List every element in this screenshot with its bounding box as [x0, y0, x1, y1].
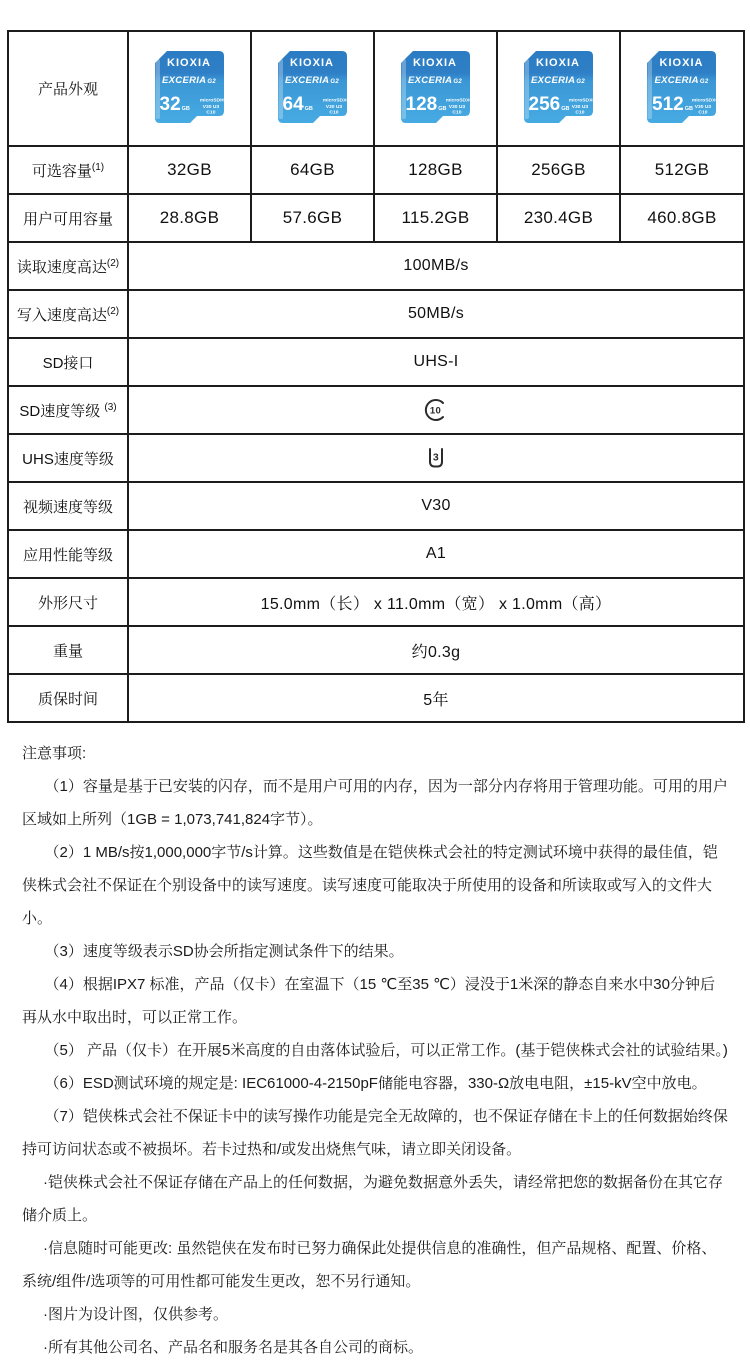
read-speed-value: 100MB/s: [128, 242, 744, 290]
row-label-sd-interface: SD接口: [8, 338, 128, 386]
usable-value: 230.4GB: [497, 194, 620, 242]
c10-icon: C10: [698, 110, 707, 115]
label-text: 读取速度高达: [17, 259, 107, 276]
footnote-ref: (3): [104, 402, 116, 413]
microsd-logo-icon: microSDXC: [568, 98, 595, 103]
sd-speed-class-value: 10: [128, 386, 744, 434]
card-capacity-label: 64GB: [283, 95, 313, 114]
row-label-app-performance-class: 应用性能等级: [8, 530, 128, 578]
row-label-read-speed: 读取速度高达(2): [8, 242, 128, 290]
series-text: EXCERIA: [655, 75, 699, 86]
label-text: 写入速度高达: [17, 307, 107, 324]
note-item-1: （1）容量是基于已安装的闪存，而不是用户可用的内存，因为一部分内存将用于管理功能…: [22, 770, 728, 836]
label-text: 可选容量: [32, 163, 92, 180]
product-card-image: KIOXIA EXCERIAG2 256GB microSDXC V30 U3 …: [520, 49, 598, 129]
row-label-appearance: 产品外观: [8, 31, 128, 146]
capacity-unit: GB: [305, 106, 313, 112]
row-capacity: 可选容量(1) 32GB 64GB 128GB 256GB 512GB: [8, 146, 744, 194]
v30-icon: V30: [202, 104, 211, 109]
usable-value: 28.8GB: [128, 194, 251, 242]
c10-icon: C10: [329, 110, 338, 115]
g2-label: G2: [330, 79, 339, 85]
capacity-value: 512GB: [620, 146, 744, 194]
weight-value: 约0.3g: [128, 626, 744, 674]
note-item-2: （2）1 MB/s按1,000,000字节/s计算。这些数值是在铠侠株式会社的特…: [22, 836, 728, 935]
c10-icon: C10: [206, 110, 215, 115]
card-capacity-label: 128GB: [406, 95, 447, 114]
card-cell-512gb: KIOXIA EXCERIAG2 512GB microSDXC V30 U3 …: [620, 31, 744, 146]
row-label-weight: 重量: [8, 626, 128, 674]
capacity-number: 256: [529, 94, 561, 115]
u3-icon: U3: [705, 104, 711, 109]
spec-table: 产品外观 KIOXIA EXCERIAG2 32GB microSDHC V30…: [7, 30, 745, 723]
product-card-image: KIOXIA EXCERIAG2 128GB microSDXC V30 U3 …: [397, 49, 475, 129]
card-speed-badges: microSDHC V30 U3 C10: [199, 98, 221, 116]
note-bullet-1: ·铠侠株式会社不保证存储在产品上的任何数据，为避免数据意外丢失，请经常把您的数据…: [22, 1166, 728, 1232]
note-bullet-2: ·信息随时可能更改: 虽然铠侠在发布时已努力确保此处提供信息的准确性，但产品规格…: [22, 1232, 728, 1298]
capacity-number: 32: [160, 94, 181, 115]
g2-label: G2: [700, 79, 709, 85]
u3-icon: 3: [423, 445, 449, 471]
class10-icon: 10: [423, 397, 449, 423]
note-item-4: （4）根据IPX7 标准，产品（仅卡）在室温下（15 ℃至35 ℃）浸没于1米深…: [22, 968, 728, 1034]
g2-label: G2: [576, 79, 585, 85]
series-text: EXCERIA: [162, 75, 206, 86]
exceria-series-label: EXCERIAG2: [647, 75, 716, 86]
row-warranty: 质保时间 5年: [8, 674, 744, 722]
u3-icon: U3: [335, 104, 341, 109]
capacity-number: 128: [406, 94, 438, 115]
row-label-dimensions: 外形尺寸: [8, 578, 128, 626]
row-label-write-speed: 写入速度高达(2): [8, 290, 128, 338]
row-label-usable-capacity: 用户可用容量: [8, 194, 128, 242]
g2-label: G2: [453, 79, 462, 85]
u3-icon: U3: [212, 104, 218, 109]
microsd-logo-icon: microSDXC: [445, 98, 472, 103]
usable-value: 460.8GB: [620, 194, 744, 242]
capacity-number: 64: [283, 94, 304, 115]
note-item-3: （3）速度等级表示SD协会所指定测试条件下的结果。: [22, 935, 728, 968]
row-video-speed-class: 视频速度等级 V30: [8, 482, 744, 530]
note-bullet-3: ·图片为设计图，仅供参考。: [22, 1298, 728, 1331]
note-item-7: （7）铠侠株式会社不保证卡中的读写操作功能是完全无故障的，也不保证存储在卡上的任…: [22, 1100, 728, 1166]
kioxia-logo: KIOXIA: [155, 57, 224, 69]
usable-value: 115.2GB: [374, 194, 497, 242]
capacity-value: 64GB: [251, 146, 374, 194]
footnote-ref: (1): [92, 162, 104, 173]
u3-icon: U3: [581, 104, 587, 109]
row-read-speed: 读取速度高达(2) 100MB/s: [8, 242, 744, 290]
series-text: EXCERIA: [285, 75, 329, 86]
usable-value: 57.6GB: [251, 194, 374, 242]
card-capacity-label: 32GB: [160, 95, 190, 114]
exceria-series-label: EXCERIAG2: [401, 75, 470, 86]
row-sd-interface: SD接口 UHS-I: [8, 338, 744, 386]
row-write-speed: 写入速度高达(2) 50MB/s: [8, 290, 744, 338]
row-label-sd-speed-class: SD速度等级 (3): [8, 386, 128, 434]
card-cell-32gb: KIOXIA EXCERIAG2 32GB microSDHC V30 U3 C…: [128, 31, 251, 146]
notes-title: 注意事项:: [22, 737, 728, 770]
v30-icon: V30: [448, 104, 457, 109]
svg-text:3: 3: [433, 452, 439, 464]
label-text: SD速度等级: [19, 403, 104, 420]
microsd-logo-icon: microSDXC: [692, 98, 719, 103]
row-sd-speed-class: SD速度等级 (3) 10: [8, 386, 744, 434]
note-bullet-4: ·所有其他公司名、产品名和服务名是其各自公司的商标。: [22, 1331, 728, 1364]
kioxia-logo: KIOXIA: [278, 57, 347, 69]
product-card-image: KIOXIA EXCERIAG2 32GB microSDHC V30 U3 C…: [151, 49, 229, 129]
card-cell-256gb: KIOXIA EXCERIAG2 256GB microSDXC V30 U3 …: [497, 31, 620, 146]
microsd-logo-icon: microSDXC: [322, 98, 349, 103]
product-card-image: KIOXIA EXCERIAG2 64GB microSDXC V30 U3 C…: [274, 49, 352, 129]
card-cell-64gb: KIOXIA EXCERIAG2 64GB microSDXC V30 U3 C…: [251, 31, 374, 146]
capacity-value: 256GB: [497, 146, 620, 194]
card-capacity-label: 512GB: [652, 95, 693, 114]
product-spec-page: 产品外观 KIOXIA EXCERIAG2 32GB microSDHC V30…: [0, 30, 750, 1364]
row-weight: 重量 约0.3g: [8, 626, 744, 674]
video-speed-class-value: V30: [128, 482, 744, 530]
v30-icon: V30: [325, 104, 334, 109]
card-speed-badges: microSDXC V30 U3 C10: [692, 98, 714, 116]
capacity-value: 128GB: [374, 146, 497, 194]
sd-interface-value: UHS-I: [128, 338, 744, 386]
g2-label: G2: [207, 79, 216, 85]
notes-section: 注意事项: （1）容量是基于已安装的闪存，而不是用户可用的内存，因为一部分内存将…: [22, 737, 728, 1364]
footnote-ref: (2): [107, 306, 119, 317]
uhs-speed-class-value: 3: [128, 434, 744, 482]
row-usable-capacity: 用户可用容量 28.8GB 57.6GB 115.2GB 230.4GB 460…: [8, 194, 744, 242]
capacity-number: 512: [652, 94, 684, 115]
row-uhs-speed-class: UHS速度等级 3: [8, 434, 744, 482]
exceria-series-label: EXCERIAG2: [155, 75, 224, 86]
kioxia-logo: KIOXIA: [524, 57, 593, 69]
capacity-unit: GB: [182, 106, 190, 112]
row-product-appearance: 产品外观 KIOXIA EXCERIAG2 32GB microSDHC V30…: [8, 31, 744, 146]
microsd-logo-icon: microSDHC: [199, 98, 226, 103]
dimensions-value: 15.0mm（长） x 11.0mm（宽） x 1.0mm（高）: [128, 578, 744, 626]
card-speed-badges: microSDXC V30 U3 C10: [568, 98, 590, 116]
row-label-video-speed-class: 视频速度等级: [8, 482, 128, 530]
u3-icon: U3: [458, 104, 464, 109]
row-label-uhs-speed-class: UHS速度等级: [8, 434, 128, 482]
write-speed-value: 50MB/s: [128, 290, 744, 338]
note-item-6: （6）ESD测试环境的规定是: IEC61000-4-2150pF储能电容器，3…: [22, 1067, 728, 1100]
exceria-series-label: EXCERIAG2: [278, 75, 347, 86]
app-performance-class-value: A1: [128, 530, 744, 578]
row-dimensions: 外形尺寸 15.0mm（长） x 11.0mm（宽） x 1.0mm（高）: [8, 578, 744, 626]
v30-icon: V30: [695, 104, 704, 109]
warranty-value: 5年: [128, 674, 744, 722]
series-text: EXCERIA: [531, 75, 575, 86]
card-cell-128gb: KIOXIA EXCERIAG2 128GB microSDXC V30 U3 …: [374, 31, 497, 146]
svg-text:10: 10: [430, 406, 441, 417]
card-speed-badges: microSDXC V30 U3 C10: [322, 98, 344, 116]
kioxia-logo: KIOXIA: [401, 57, 470, 69]
card-speed-badges: microSDXC V30 U3 C10: [445, 98, 467, 116]
footnote-ref: (2): [107, 258, 119, 269]
row-label-warranty: 质保时间: [8, 674, 128, 722]
row-label-capacity: 可选容量(1): [8, 146, 128, 194]
card-capacity-label: 256GB: [529, 95, 570, 114]
product-card-image: KIOXIA EXCERIAG2 512GB microSDXC V30 U3 …: [643, 49, 721, 129]
note-item-5: （5） 产品（仅卡）在开展5米高度的自由落体试验后，可以正常工作。(基于铠侠株式…: [22, 1034, 728, 1067]
exceria-series-label: EXCERIAG2: [524, 75, 593, 86]
c10-icon: C10: [452, 110, 461, 115]
v30-icon: V30: [571, 104, 580, 109]
c10-icon: C10: [575, 110, 584, 115]
row-app-performance-class: 应用性能等级 A1: [8, 530, 744, 578]
series-text: EXCERIA: [408, 75, 452, 86]
kioxia-logo: KIOXIA: [647, 57, 716, 69]
capacity-value: 32GB: [128, 146, 251, 194]
